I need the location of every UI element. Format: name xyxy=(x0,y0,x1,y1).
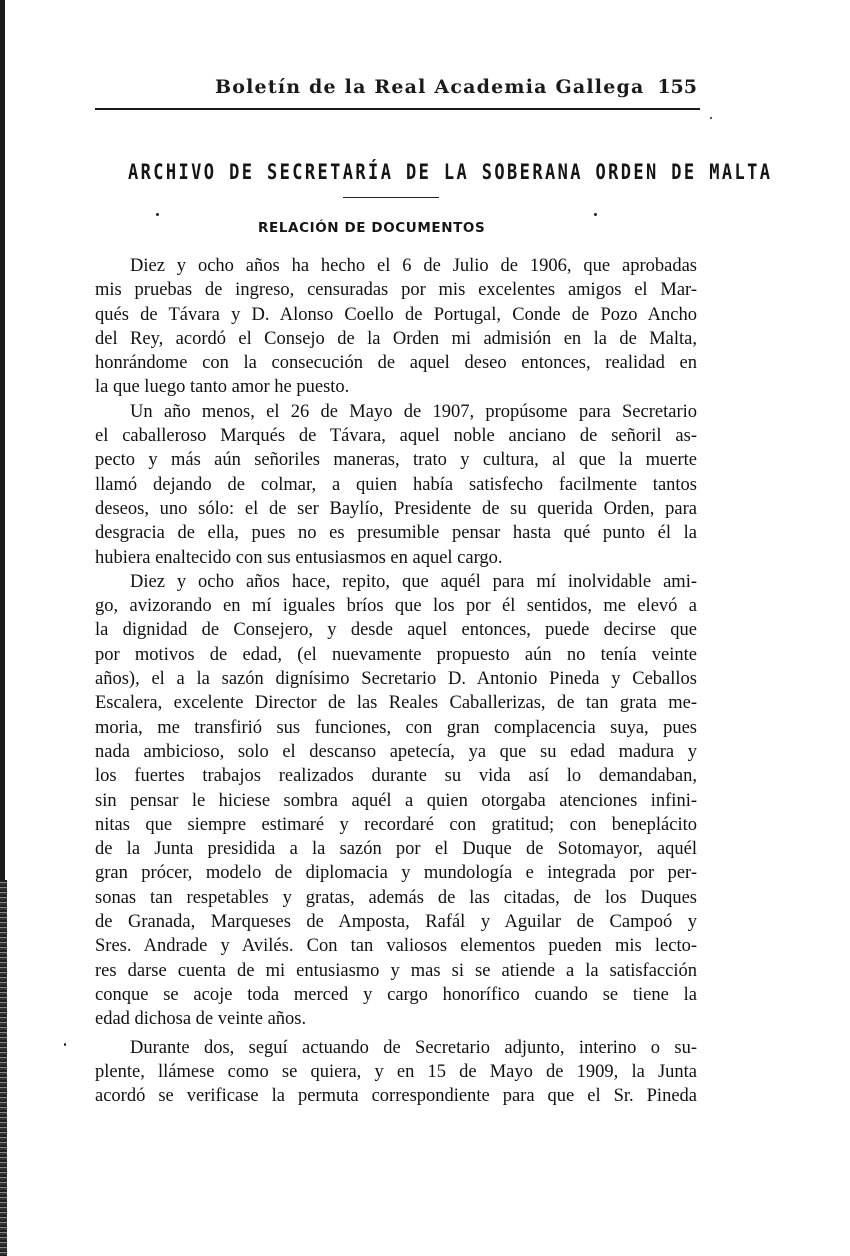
paragraph-2: Un año menos, el 26 de Mayo de 1907, pro… xyxy=(95,400,697,570)
text-line: mis pruebas de ingreso, censuradas por m… xyxy=(95,278,697,302)
paragraph-4: Durante dos, seguí actuando de Secretari… xyxy=(95,1036,697,1109)
text-line: Durante dos, seguí actuando de Secretari… xyxy=(95,1036,697,1060)
text-line: res darse cuenta de mi entusiasmo y mas … xyxy=(95,959,697,983)
text-line: el caballeroso Marqués de Távara, aquel … xyxy=(95,424,697,448)
scan-speck xyxy=(594,213,597,216)
text-line: gran prócer, modelo de diplomacia y mund… xyxy=(95,861,697,885)
section-title: ARCHIVO DE SECRETARÍA DE LA SOBERANA ORD… xyxy=(128,160,688,185)
scan-speck xyxy=(710,117,712,119)
text-line: edad dichosa de veinte años. xyxy=(95,1007,697,1031)
page-number: 155 xyxy=(657,76,697,98)
journal-title: Boletín de la Real Academia Gallega xyxy=(215,76,645,98)
text-line: la que luego tanto amor he puesto. xyxy=(95,375,697,399)
text-line: hubiera enaltecido con sus entusiasmos e… xyxy=(95,546,697,570)
text-line: pecto y más aún señoriles maneras, trato… xyxy=(95,448,697,472)
text-line: del Rey, acordó el Consejo de la Orden m… xyxy=(95,327,697,351)
text-line: años), el a la sazón dignísimo Secretari… xyxy=(95,667,697,691)
paragraph-1: Diez y ocho años ha hecho el 6 de Julio … xyxy=(95,254,697,400)
text-line: los fuertes trabajos realizados durante … xyxy=(95,764,697,788)
scan-border-noise xyxy=(0,880,7,1256)
text-line: Sres. Andrade y Avilés. Con tan valiosos… xyxy=(95,934,697,958)
running-head: Boletín de la Real Academia Gallega 155 xyxy=(95,76,705,106)
text-line: de Granada, Marqueses de Amposta, Rafál … xyxy=(95,910,697,934)
body-text: Diez y ocho años ha hecho el 6 de Julio … xyxy=(95,254,697,1108)
text-line: plente, llámese como se quiera, y en 15 … xyxy=(95,1060,697,1084)
scan-speck xyxy=(156,213,159,216)
section-subtitle: RELACIÓN DE DOCUMENTOS xyxy=(258,220,485,236)
scan-speck xyxy=(64,1043,66,1046)
text-line: nada ambicioso, solo el descanso apetecí… xyxy=(95,740,697,764)
text-line: moria, me transfirió sus funciones, con … xyxy=(95,716,697,740)
text-line: nitas que siempre estimaré y recordaré c… xyxy=(95,813,697,837)
title-rule xyxy=(343,197,439,198)
text-line: la dignidad de Consejero, y desde aquel … xyxy=(95,618,697,642)
text-line: llamó dejando de colmar, a quien había s… xyxy=(95,473,697,497)
text-line: honrándome con la consecución de aquel d… xyxy=(95,351,697,375)
text-line: Diez y ocho años ha hecho el 6 de Julio … xyxy=(95,254,697,278)
paragraph-3: Diez y ocho años hace, repito, que aquél… xyxy=(95,570,697,1032)
header-rule xyxy=(95,108,700,110)
text-line: de la Junta presidida a la sazón por el … xyxy=(95,837,697,861)
text-line: qués de Távara y D. Alonso Coello de Por… xyxy=(95,303,697,327)
text-line: Escalera, excelente Director de las Real… xyxy=(95,691,697,715)
text-line: conque se acoje toda merced y cargo hono… xyxy=(95,983,697,1007)
text-line: go, avizorando en mí iguales bríos que l… xyxy=(95,594,697,618)
text-line: desgracia de ella, pues no es presumible… xyxy=(95,521,697,545)
text-line: sonas tan respetables y gratas, además d… xyxy=(95,886,697,910)
text-line: Un año menos, el 26 de Mayo de 1907, pro… xyxy=(95,400,697,424)
text-line: acordó se verificase la permuta correspo… xyxy=(95,1084,697,1108)
text-line: por motivos de edad, (el nuevamente prop… xyxy=(95,643,697,667)
text-line: deseos, uno sólo: el de ser Baylío, Pres… xyxy=(95,497,697,521)
text-line: Diez y ocho años hace, repito, que aquél… xyxy=(95,570,697,594)
text-line: sin pensar le hiciese sombra aquél a qui… xyxy=(95,789,697,813)
